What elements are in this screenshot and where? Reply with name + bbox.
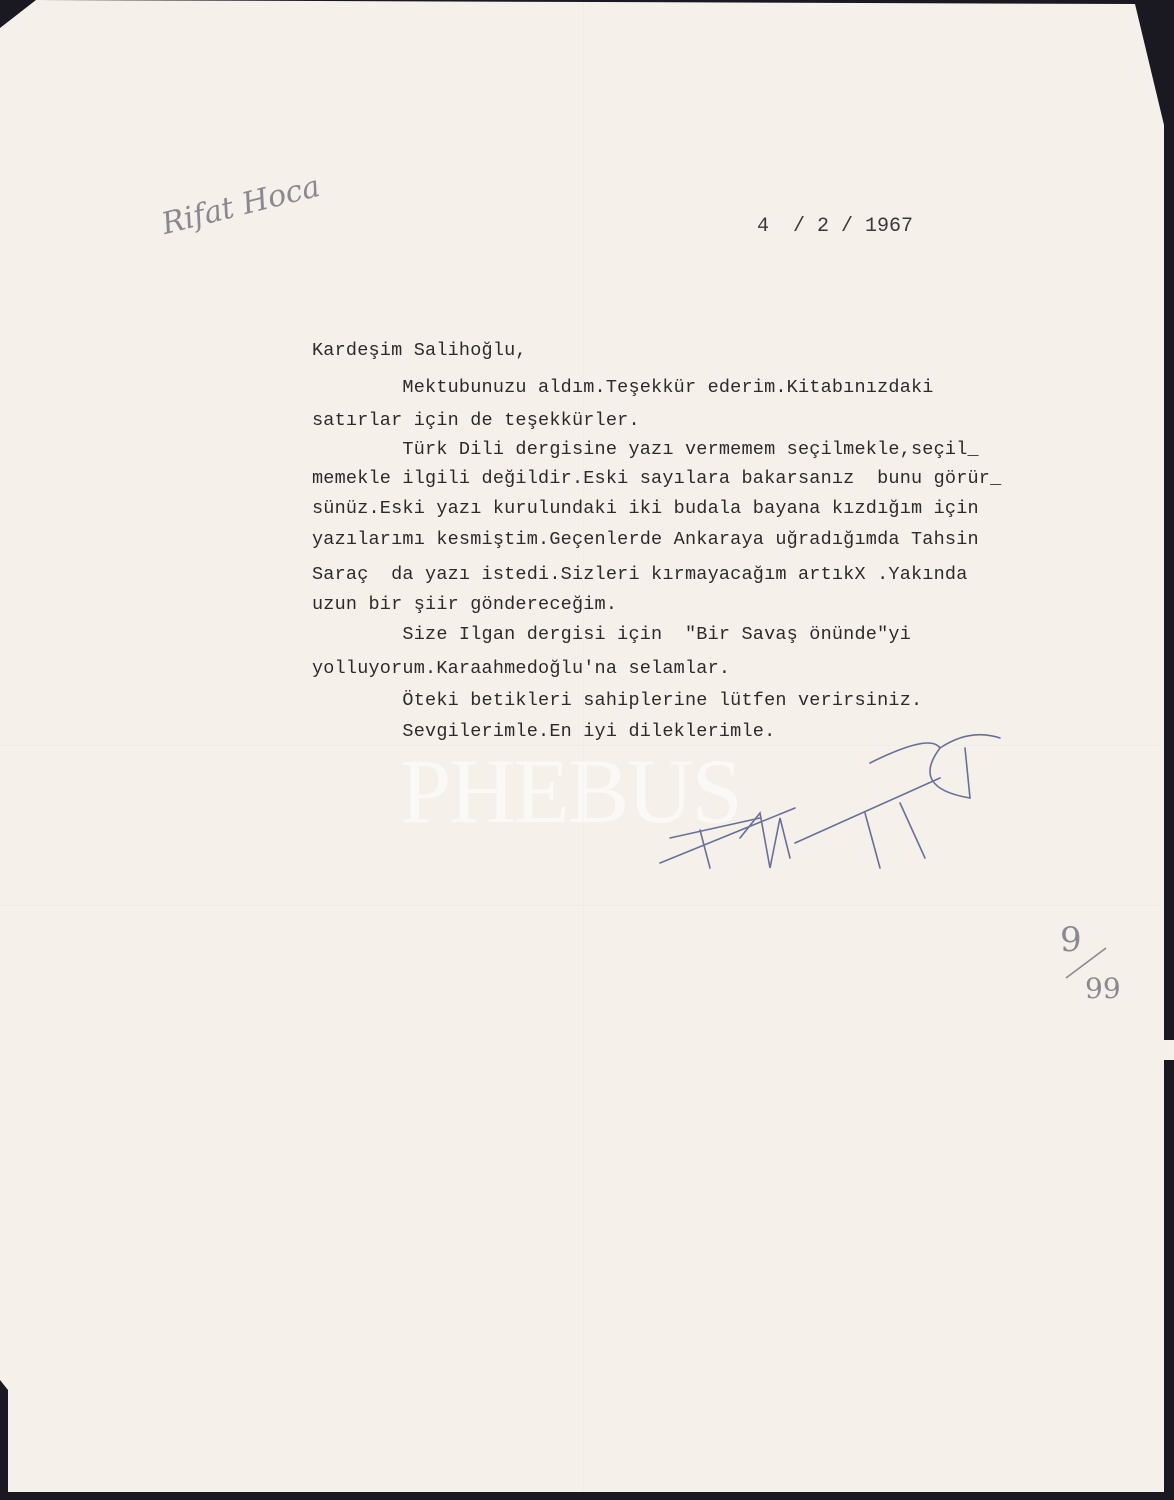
body-line: uzun bir şiir göndereceğim. [312,596,617,615]
body-line: satırlar için de teşekkürler. [312,412,640,431]
letter-paper: Rifat Hoca 4 / 2 / 1967 Kardeşim Salihoğ… [0,0,1174,1500]
body-line: sünüz.Eski yazı kurulundaki iki budala b… [312,500,979,519]
page-note-denominator: 99 [1085,972,1121,1005]
body-line: memekle ilgili değildir.Eski sayılara ba… [312,470,1001,489]
letter-date: 4 / 2 / 1967 [757,215,913,238]
body-line: yazılarımı kesmiştim.Geçenlerde Ankaraya… [312,531,979,550]
body-line: Mektubunuzu aldım.Teşekkür ederim.Kitabı… [312,379,934,398]
signature-icon [640,718,1060,878]
pencil-note: Rifat Hoca [158,169,323,242]
body-line: Öteki betikleri sahiplerine lütfen verir… [312,692,922,711]
body-line: Türk Dili dergisine yazı vermemem seçilm… [312,441,979,460]
body-line: yolluyorum.Karaahmedoğlu'na selamlar. [312,660,730,679]
scan-edge [0,1492,1174,1500]
salutation: Kardeşim Salihoğlu, [312,342,527,361]
body-line: Saraç da yazı istedi.Sizleri kırmayacağı… [312,566,968,585]
body-line: Size Ilgan dergisi için "Bir Savaş önünd… [312,626,911,645]
fold-line [0,905,1174,907]
